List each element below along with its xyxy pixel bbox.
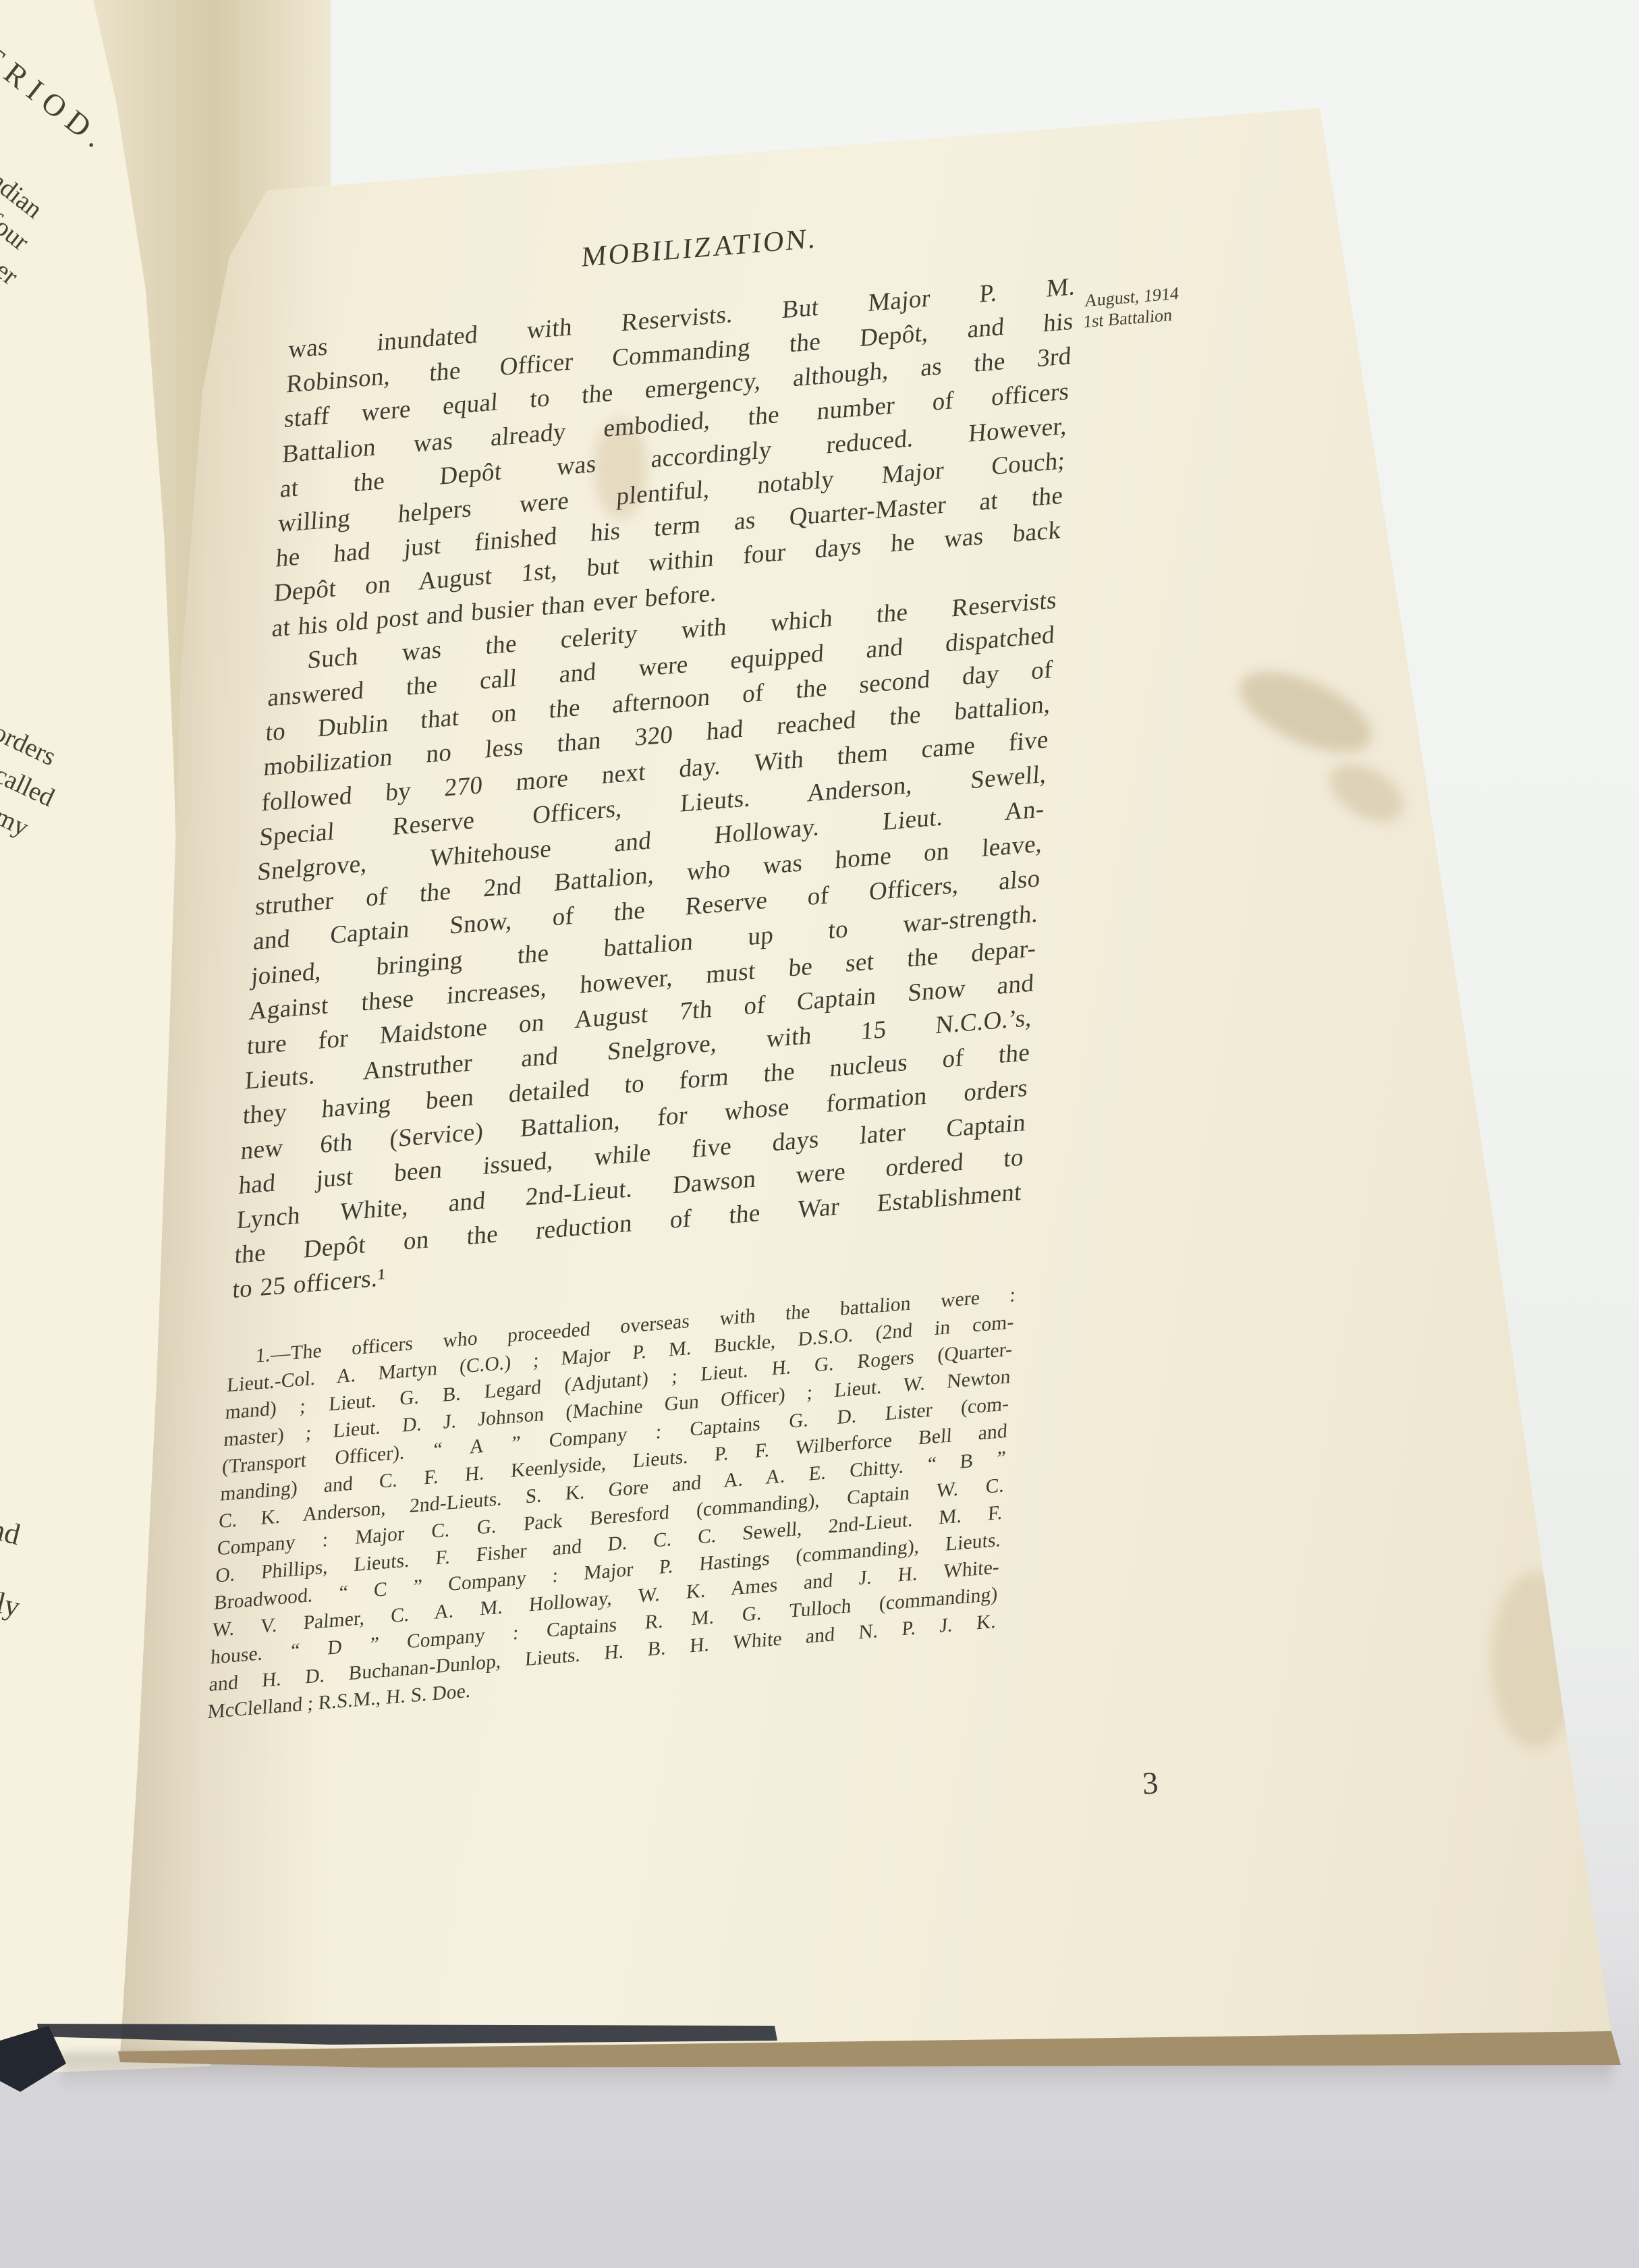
- page-stain: [1491, 1572, 1579, 1748]
- page-stain: [1320, 752, 1414, 834]
- footnote: 1.—The officers who proceeded overseas w…: [206, 1281, 1016, 1725]
- right-page-text-block: MOBILIZATION. August, 1914 1st Battalion…: [206, 201, 1080, 1725]
- margin-note: August, 1914 1st Battalion: [1083, 275, 1274, 333]
- left-page-fragments-top: the Third Indianquarters and fourousie a…: [0, 94, 66, 559]
- text-line: ttalion and: [0, 1471, 45, 1574]
- body-paragraph-2: Such was the celerity with which the Res…: [231, 583, 1057, 1308]
- left-page-text-middle: period ” orderson were recalledest of th…: [0, 675, 77, 1331]
- left-page-text-bottom: ttalion ands and nearlynent havingn 1899…: [0, 1471, 45, 1983]
- left-page-text-top: PERIOD. the Third Indianquarters and fou…: [0, 20, 124, 559]
- page-stain: [1229, 655, 1383, 769]
- book-photo: PERIOD. the Third Indianquarters and fou…: [0, 0, 1639, 2268]
- page-number: 3: [1142, 1765, 1159, 1802]
- right-page: MOBILIZATION. August, 1914 1st Battalion…: [0, 0, 1639, 2268]
- body-paragraph-1: was inundated with Reservists. But Major…: [271, 269, 1076, 646]
